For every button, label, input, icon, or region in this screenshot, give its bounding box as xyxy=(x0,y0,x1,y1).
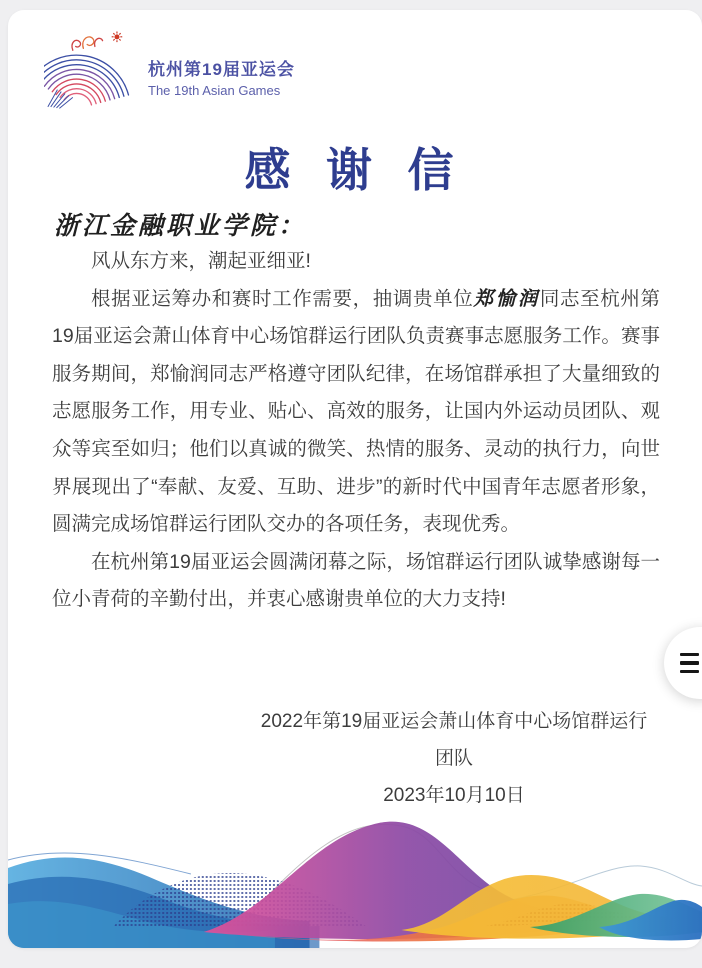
signature-team: 2022年第19届亚运会萧山体育中心场馆群运行团队 xyxy=(254,703,654,777)
signature-block: 2022年第19届亚运会萧山体育中心场馆群运行团队 2023年10月10日 xyxy=(254,703,654,814)
paragraph-1: 风从东方来，潮起亚细亚! xyxy=(52,243,660,281)
paragraph-2-pre: 根据亚运筹办和赛时工作需要，抽调贵单位 xyxy=(91,288,473,310)
letter-title: 感 谢 信 xyxy=(8,134,702,200)
letter-card: 杭州第19届亚运会 The 19th Asian Games 感 谢 信 浙江金… xyxy=(8,10,702,948)
paragraph-2-post: 同志至杭州第19届亚运会萧山体育中心场馆群运行团队负责赛事志愿服务工作。赛事服务… xyxy=(52,288,660,536)
asian-games-emblem-icon xyxy=(44,28,140,110)
wave-decoration xyxy=(8,808,702,948)
paragraph-3: 在杭州第19届亚运会圆满闭幕之际，场馆群运行团队诚挚感谢每一位小青荷的辛勤付出，… xyxy=(52,544,660,619)
logo-title-en: The 19th Asian Games xyxy=(148,83,295,98)
hamburger-menu-icon xyxy=(680,653,699,674)
letter-body: 风从东方来，潮起亚细亚! 根据亚运筹办和赛时工作需要，抽调贵单位郑愉润同志至杭州… xyxy=(52,243,660,619)
paragraph-2: 根据亚运筹办和赛时工作需要，抽调贵单位郑愉润同志至杭州第19届亚运会萧山体育中心… xyxy=(52,281,660,544)
volunteer-name: 郑愉润 xyxy=(473,289,539,310)
logo-text: 杭州第19届亚运会 The 19th Asian Games xyxy=(148,55,295,98)
addressee: 浙江金融职业学院： xyxy=(54,206,306,242)
asian-games-logo: 杭州第19届亚运会 The 19th Asian Games xyxy=(44,28,295,110)
logo-title-zh: 杭州第19届亚运会 xyxy=(148,55,295,80)
